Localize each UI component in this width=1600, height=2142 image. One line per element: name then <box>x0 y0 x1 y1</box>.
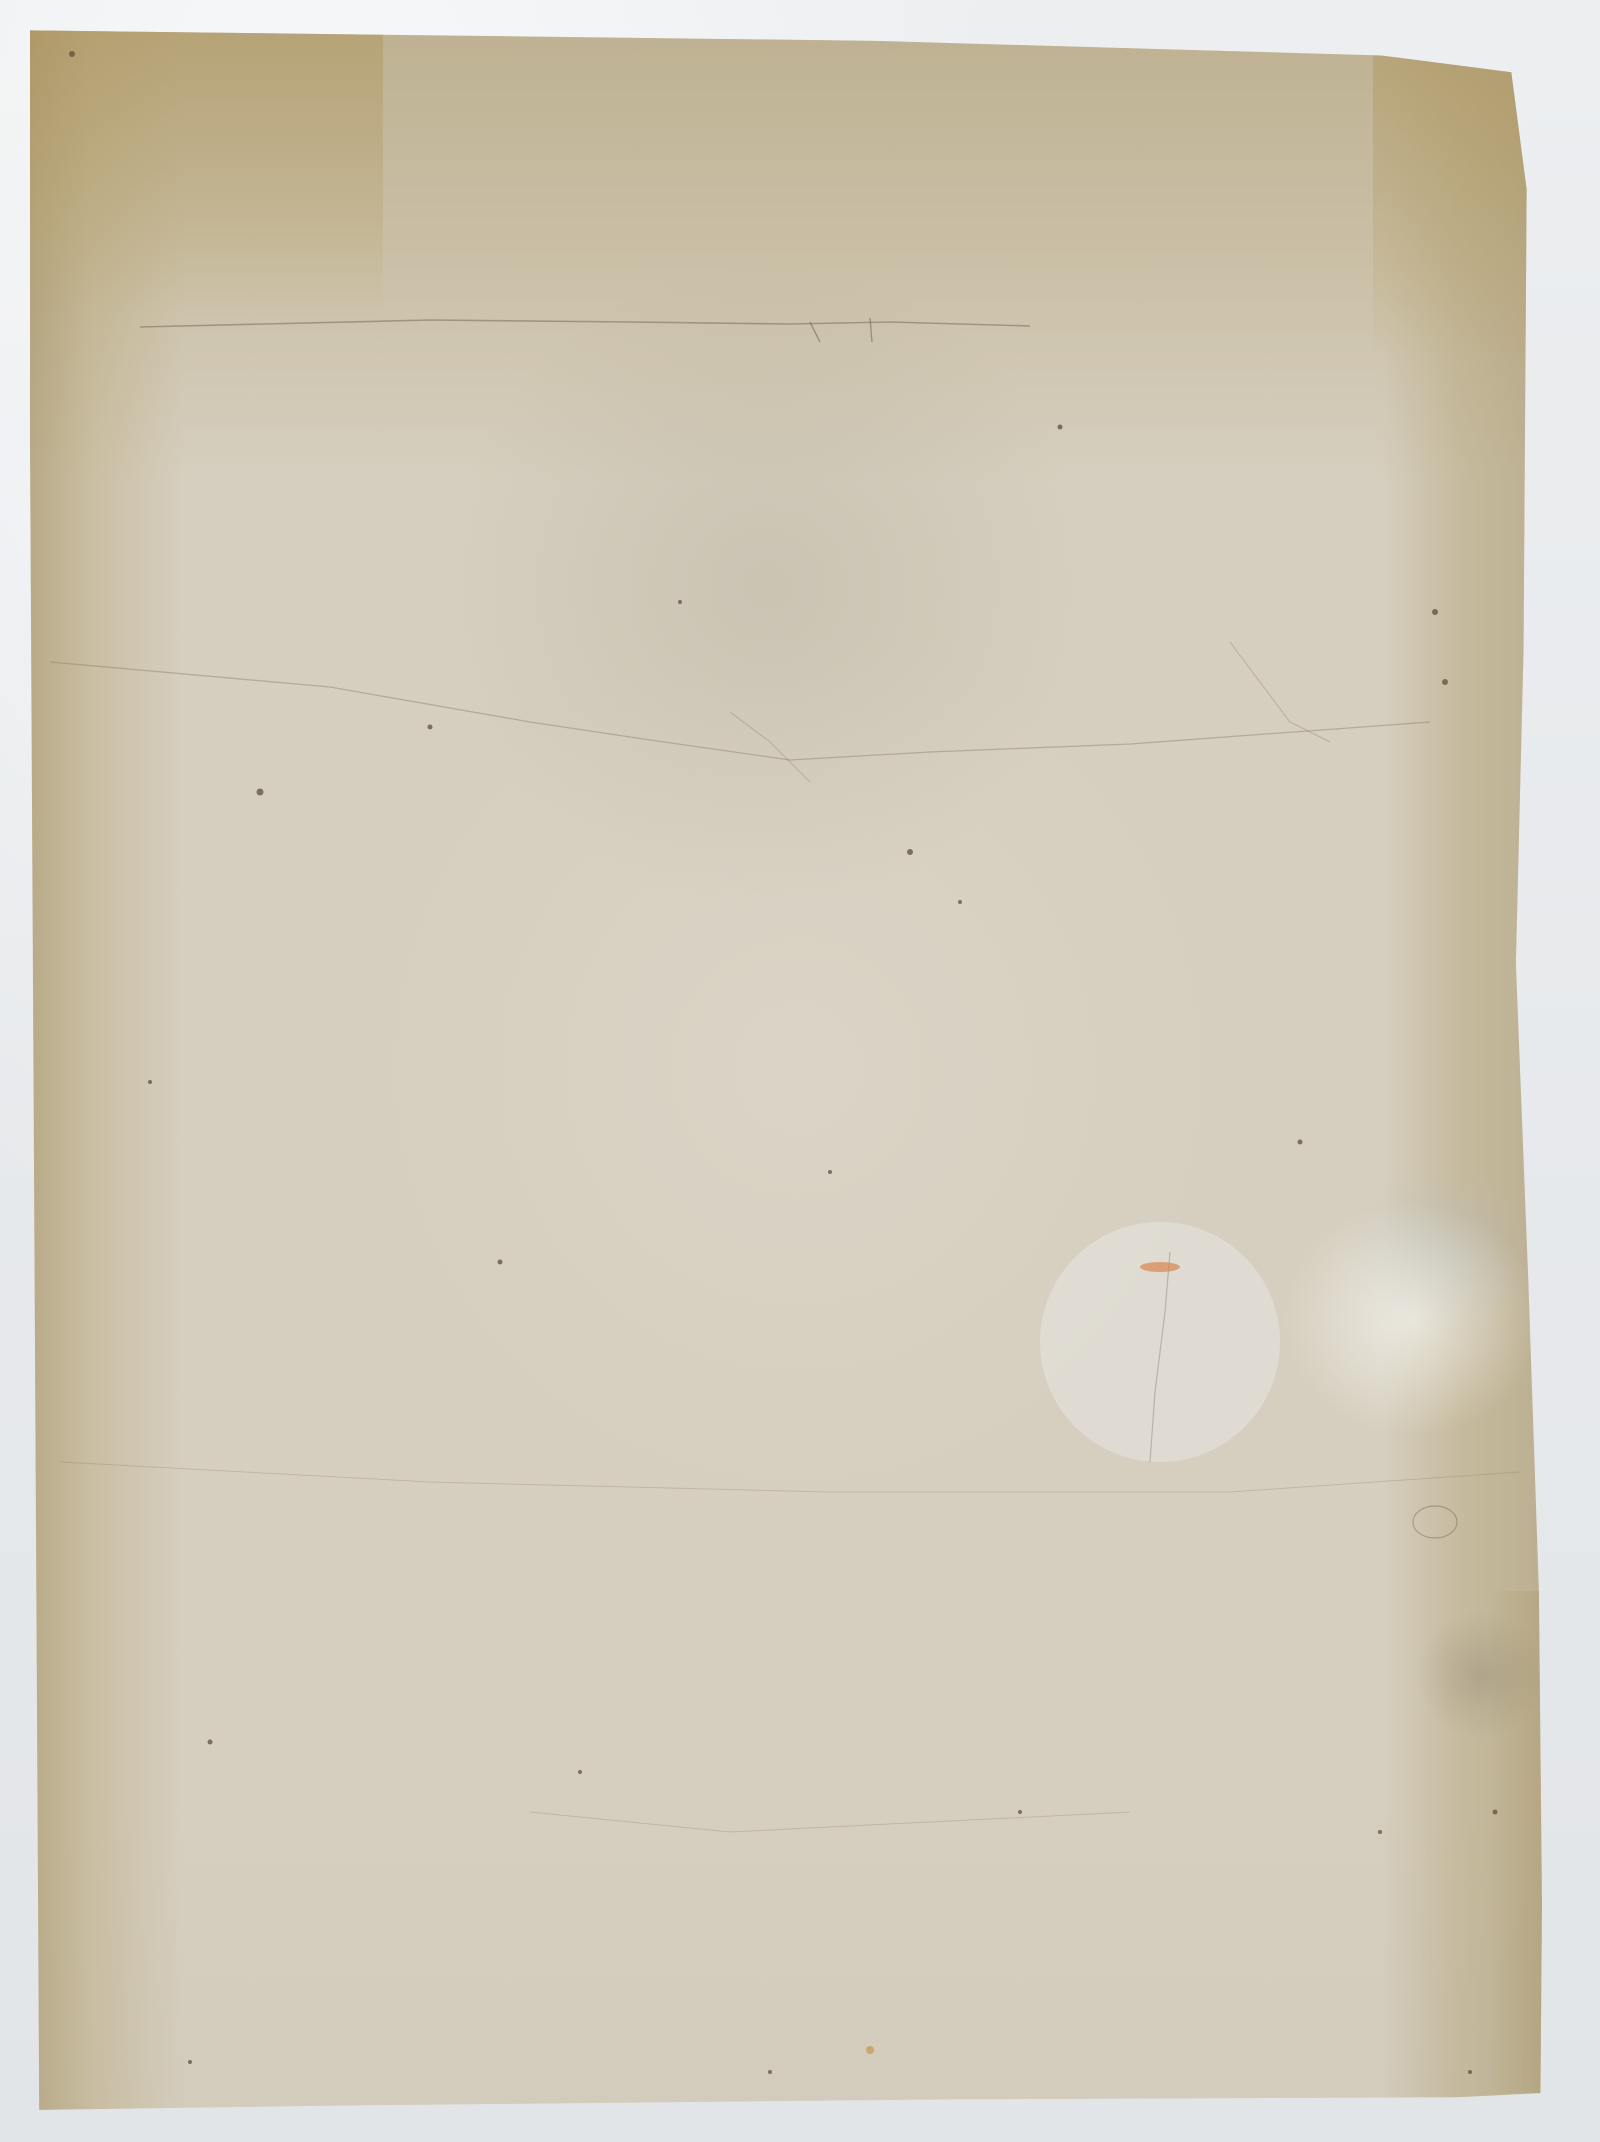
paper-sheet <box>30 22 1565 2114</box>
creases-and-foxing <box>30 22 1565 2114</box>
